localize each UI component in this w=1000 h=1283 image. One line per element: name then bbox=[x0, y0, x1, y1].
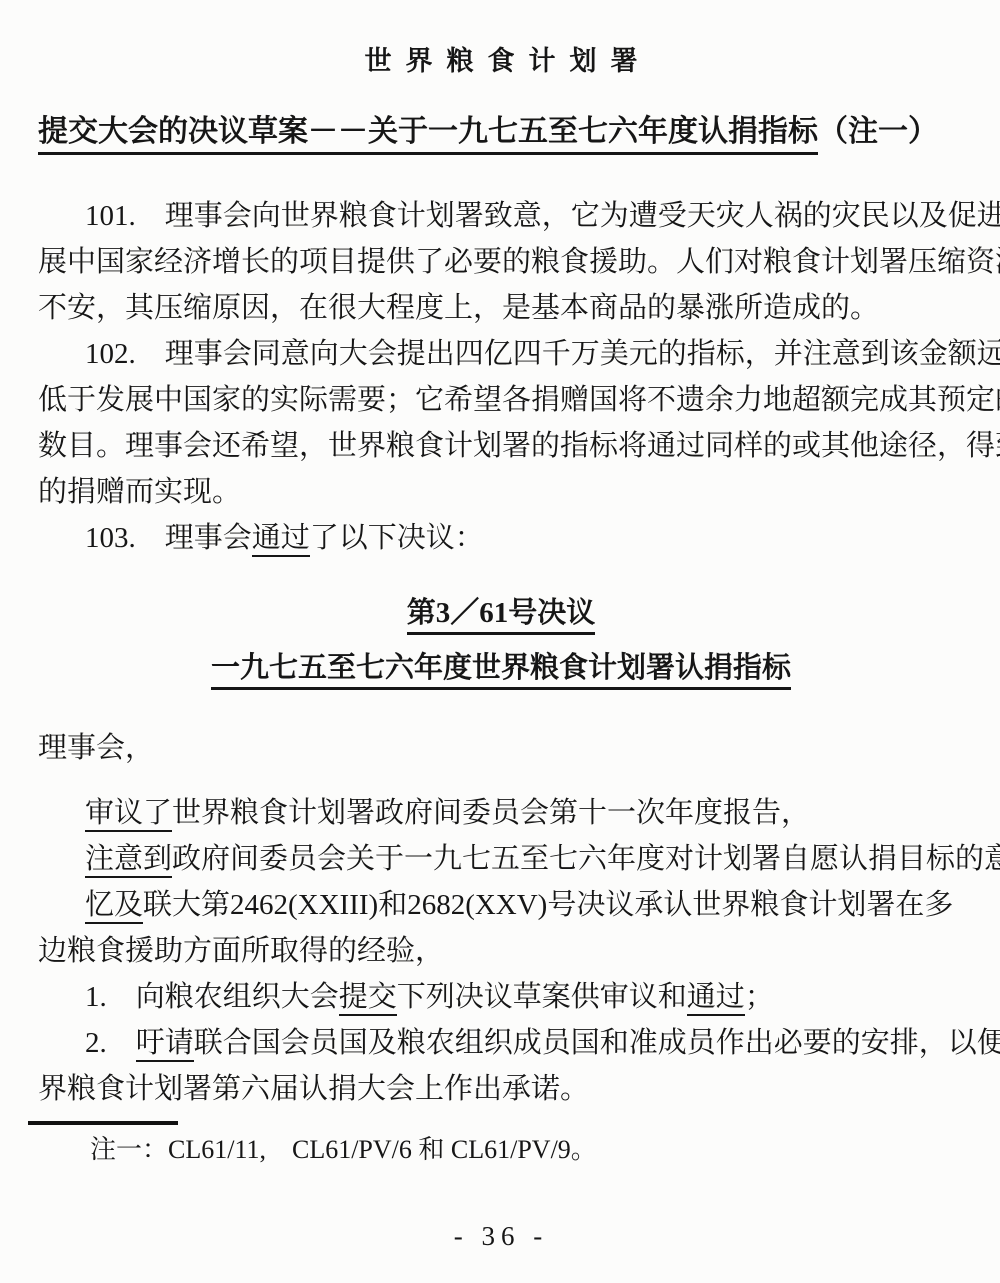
para-102-line-4: 的捐赠而实现。 bbox=[38, 469, 964, 515]
resolution-title-heading: 一九七五至七六年度世界粮食计划署认捐指标 bbox=[38, 650, 964, 686]
page-number: - 36 - bbox=[38, 1221, 964, 1251]
clause-recalling-line-2: 边粮食援助方面所取得的经验， bbox=[38, 928, 964, 974]
operative-item-2-line-2: 界粮食计划署第六届认捐大会上作出承诺。 bbox=[38, 1066, 964, 1112]
clause-noting: 注意到政府间委员会关于一九七五至七六年度对计划署自愿认捐目标的意见， bbox=[38, 836, 964, 882]
footnote-divider bbox=[28, 1121, 178, 1125]
para-101-line-2: 展中国家经济增长的项目提供了必要的粮食援助。人们对粮食计划署压缩资源表示 bbox=[38, 239, 964, 285]
document-page: 世界粮食计划署 提交大会的决议草案－－关于一九七五至七六年度认捐指标（注一） 1… bbox=[0, 0, 1000, 1283]
section-heading: 提交大会的决议草案－－关于一九七五至七六年度认捐指标（注一） bbox=[38, 115, 964, 149]
para-101-line-3: 不安，其压缩原因，在很大程度上，是基本商品的暴涨所造成的。 bbox=[38, 285, 964, 331]
para-103-line: 103. 理事会通过了以下决议： bbox=[38, 515, 964, 561]
para-102-line-2: 低于发展中国家的实际需要；它希望各捐赠国将不遗余力地超额完成其预定的最低 bbox=[38, 377, 964, 423]
para-101-line-1: 101. 理事会向世界粮食计划署致意，它为遭受天灾人祸的灾民以及促进发 bbox=[38, 193, 964, 239]
clause-recalling-line-1: 忆及联大第2462(XXIII)和2682(XXV)号决议承认世界粮食计划署在多 bbox=[38, 882, 964, 928]
document-title: 世界粮食计划署 bbox=[38, 46, 964, 76]
para-102-line-3: 数目。理事会还希望，世界粮食计划署的指标将通过同样的或其他途径，得到追加 bbox=[38, 423, 964, 469]
para-102-line-1: 102. 理事会同意向大会提出四亿四千万美元的指标，并注意到该金额远远 bbox=[38, 331, 964, 377]
clause-considered: 审议了世界粮食计划署政府间委员会第十一次年度报告， bbox=[38, 790, 964, 836]
operative-item-1: 1. 向粮农组织大会提交下列决议草案供审议和通过； bbox=[38, 974, 964, 1020]
council-line: 理事会， bbox=[38, 725, 964, 771]
footnote: 注一：CL61/11, CL61/PV/6 和 CL61/PV/9。 bbox=[38, 1133, 964, 1167]
operative-item-2-line-1: 2. 吁请联合国会员国及粮农组织成员国和准成员作出必要的安排，以便在世 bbox=[38, 1020, 964, 1066]
resolution-number-heading: 第3／61号决议 bbox=[38, 595, 964, 631]
